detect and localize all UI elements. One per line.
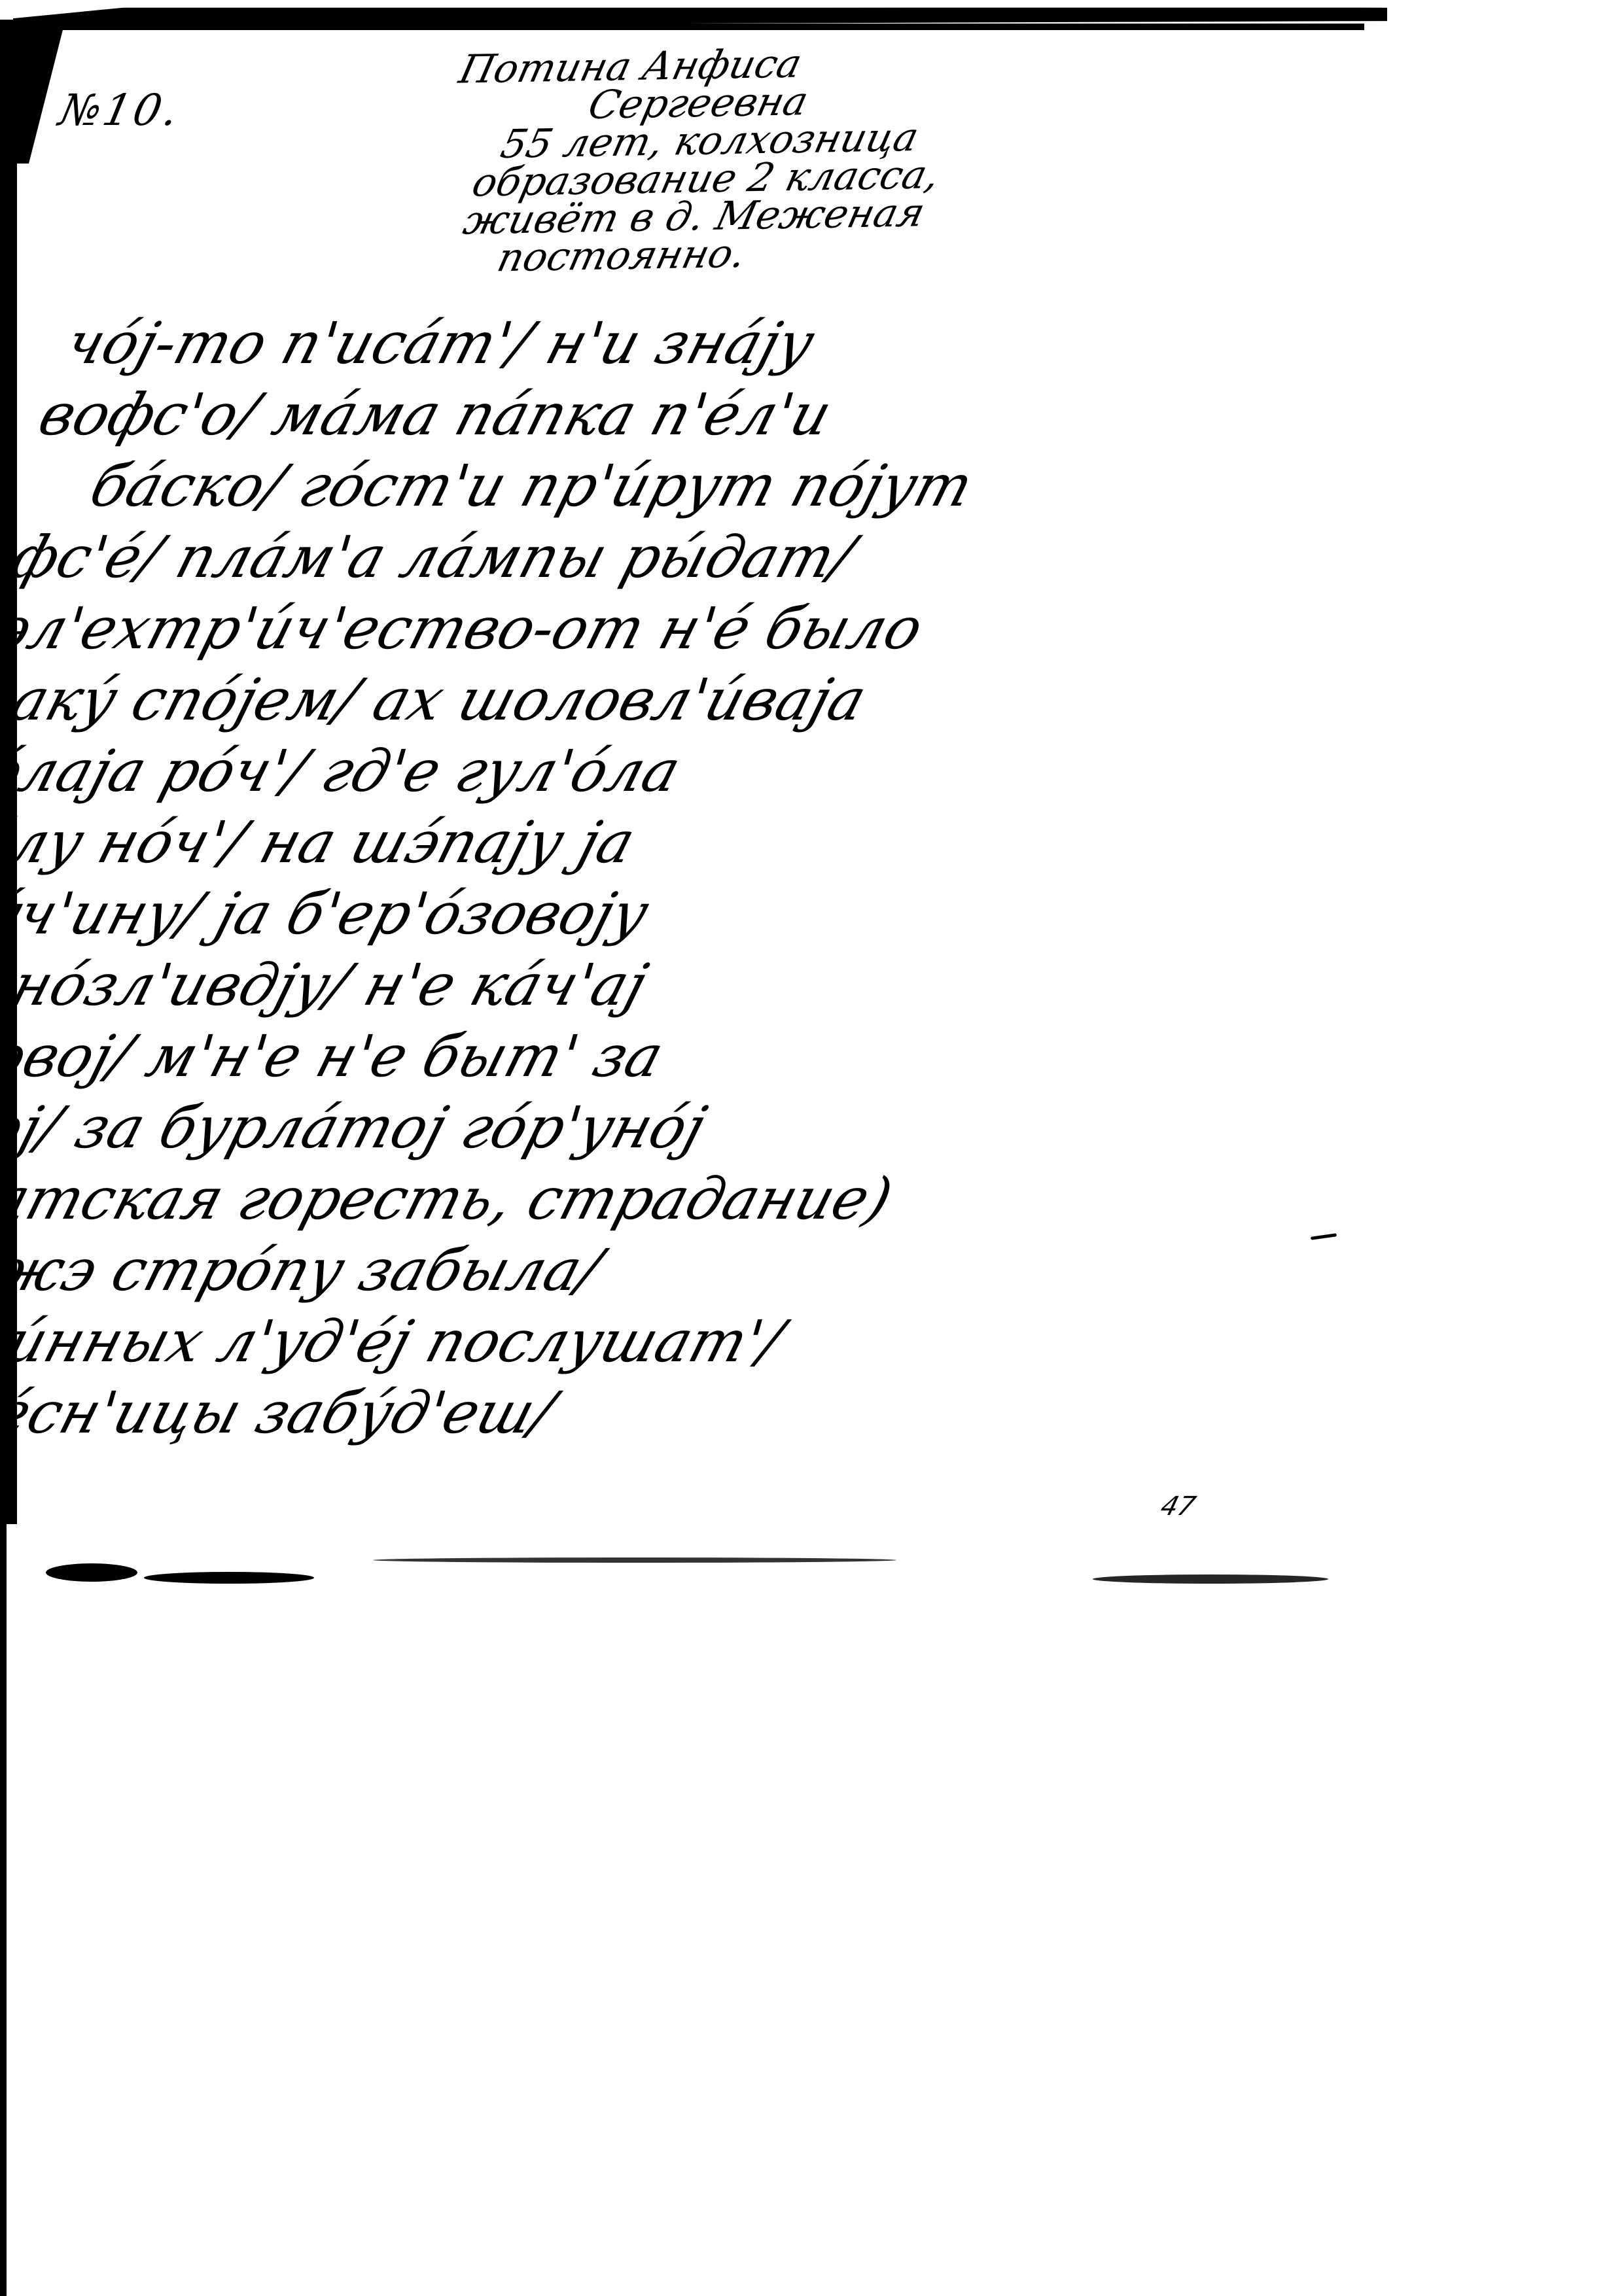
record-number: №10. [55,85,186,135]
song-line: У стар'и́нных л'уд'е́ј послушат'/ [0,1306,1029,1377]
song-transcription: чо́ј-то п'иса́т'/ н'и зна́ју вофс'о/ ма́… [0,307,1315,1448]
song-line: јэл'ехтр'и́ч'ество-от н'е́ было [0,593,1233,664]
song-gloss: (бурлатская горесть, страдание) [0,1163,1070,1234]
song-line: то́бој/ за бурла́тој го́р'уно́ј [0,1092,1090,1163]
page-number: 47 [1157,1491,1199,1522]
smudge [46,1563,137,1582]
smudge [1093,1574,1328,1584]
song-line: го́ловој/ м'н'е н'е быт' за [0,1020,1110,1092]
song-line: каку́ спо́јем/ ах шоловл'и́вaја [0,664,1213,735]
song-line: чо́ј-то п'иса́т'/ н'и зна́ју [58,307,1315,379]
smudge [373,1557,896,1563]
scan-top-edge-shadow [62,24,1364,30]
song-line: фс'е́/ пла́м'а ла́мпы ры́дат/ [3,521,1254,593]
song-line: мо́лаја ро́ч'/ гд'е гул'о́ла [0,735,1192,807]
song-line: лу́ч'ину/ ја б'ер'о́зовоју [0,878,1152,949]
margin-mark [1311,1233,1337,1240]
scan-bottom-edge [46,1560,1328,1593]
song-line: ба́ско/ го́ст'и пр'и́рут по́јут [82,450,1274,521]
scan-left-edge-lower [0,1524,7,2296]
song-line: Знаш п'е́сн'ицы забу́д'еш/ [0,1377,1008,1448]
song-line: вофс'о/ ма́ма па́пка п'е́л'и [31,379,1294,450]
song-line: Эха́ја-жэ стро́пу забыла/ [0,1234,1050,1306]
song-line: с'э́лу но́ч'/ на шэ́пају ја [0,807,1172,878]
scan-corner-shadow [13,20,65,164]
song-line: ја зано́зл'ивдју/ н'е ка́ч'ај [0,949,1131,1020]
smudge [144,1572,314,1584]
informant-header: Потина Анфиса Сергеевна 55 лет, колхозни… [398,37,1260,279]
